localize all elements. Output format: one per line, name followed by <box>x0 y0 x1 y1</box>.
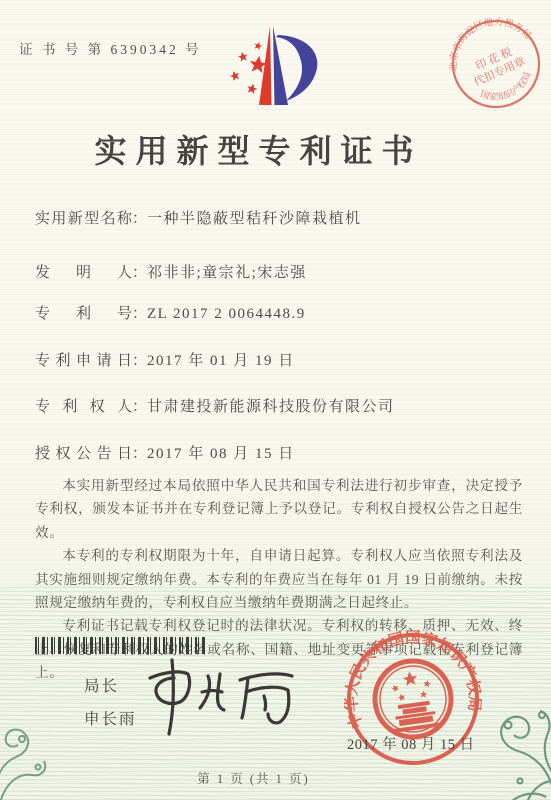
certificate-number: 证 书 号 第 6390342 号 <box>19 38 202 58</box>
cnipa-logo-icon <box>198 16 333 118</box>
commissioner-title: 局长 <box>84 674 137 696</box>
commissioner-name: 申长雨 <box>84 707 137 729</box>
commissioner-block: 局长 申长雨 <box>84 674 137 740</box>
field-row-grant-date: 授权公告日：2017 年 08 月 15 日 <box>35 442 521 463</box>
field-list: 实用新型名称：一种半隐蔽型秸秆沙障栽植机 发 明 人：祁非非;童宗礼;宋志强 专… <box>35 207 521 488</box>
tax-stamp-seal: 北京市海淀区地方税务局 国家知识产权局 印 花 税 代扣专用章 <box>444 4 548 120</box>
paragraph-grant: 本实用新型经过本局依照中华人民共和国专利法进行初步审查，决定授予专利权，颁发本证… <box>35 474 523 544</box>
commissioner-signature <box>136 648 301 743</box>
field-row-patentee: 专 利 权 人：甘肃建投新能源科技股份有限公司 <box>35 395 521 416</box>
field-label: 专 利 权 人 <box>35 395 132 416</box>
field-label: 实用新型名称 <box>35 207 132 228</box>
field-value: 甘肃建投新能源科技股份有限公司 <box>147 395 395 416</box>
field-value: 2017 年 08 月 15 日 <box>147 442 295 463</box>
field-label: 专利申请日 <box>35 349 132 370</box>
seal-date: 2017 年 08 月 15 日 <box>347 733 497 754</box>
field-row-name: 实用新型名称：一种半隐蔽型秸秆沙障栽植机 <box>35 207 521 228</box>
certificate-title: 实用新型专利证书 <box>0 126 534 172</box>
field-value: 2017 年 01 月 19 日 <box>147 349 295 370</box>
field-value: ZL 2017 2 0064448.9 <box>147 306 306 323</box>
page-number: 第 1 页 (共 1 页) <box>0 769 529 787</box>
field-value: 祁非非;童宗礼;宋志强 <box>147 261 307 282</box>
field-value: 一种半隐蔽型秸秆沙障栽植机 <box>147 207 362 228</box>
paragraph-term-fees: 本专利的专利权期限为十年，自申请日起算。专利权人应当依照专利法及其实施细则规定缴… <box>35 544 523 614</box>
patent-certificate-page: 证 书 号 第 6390342 号 北京市海淀区地方税务局 <box>0 0 551 800</box>
field-row-filing-date: 专利申请日：2017 年 01 月 19 日 <box>35 349 521 370</box>
field-label: 专 利 号 <box>35 302 132 323</box>
field-label: 发 明 人 <box>35 261 132 282</box>
field-row-inventors: 发 明 人：祁非非;童宗礼;宋志强 <box>35 261 521 282</box>
field-row-patent-number: 专 利 号：ZL 2017 2 0064448.9 <box>35 302 521 323</box>
field-label: 授权公告日 <box>35 442 132 463</box>
